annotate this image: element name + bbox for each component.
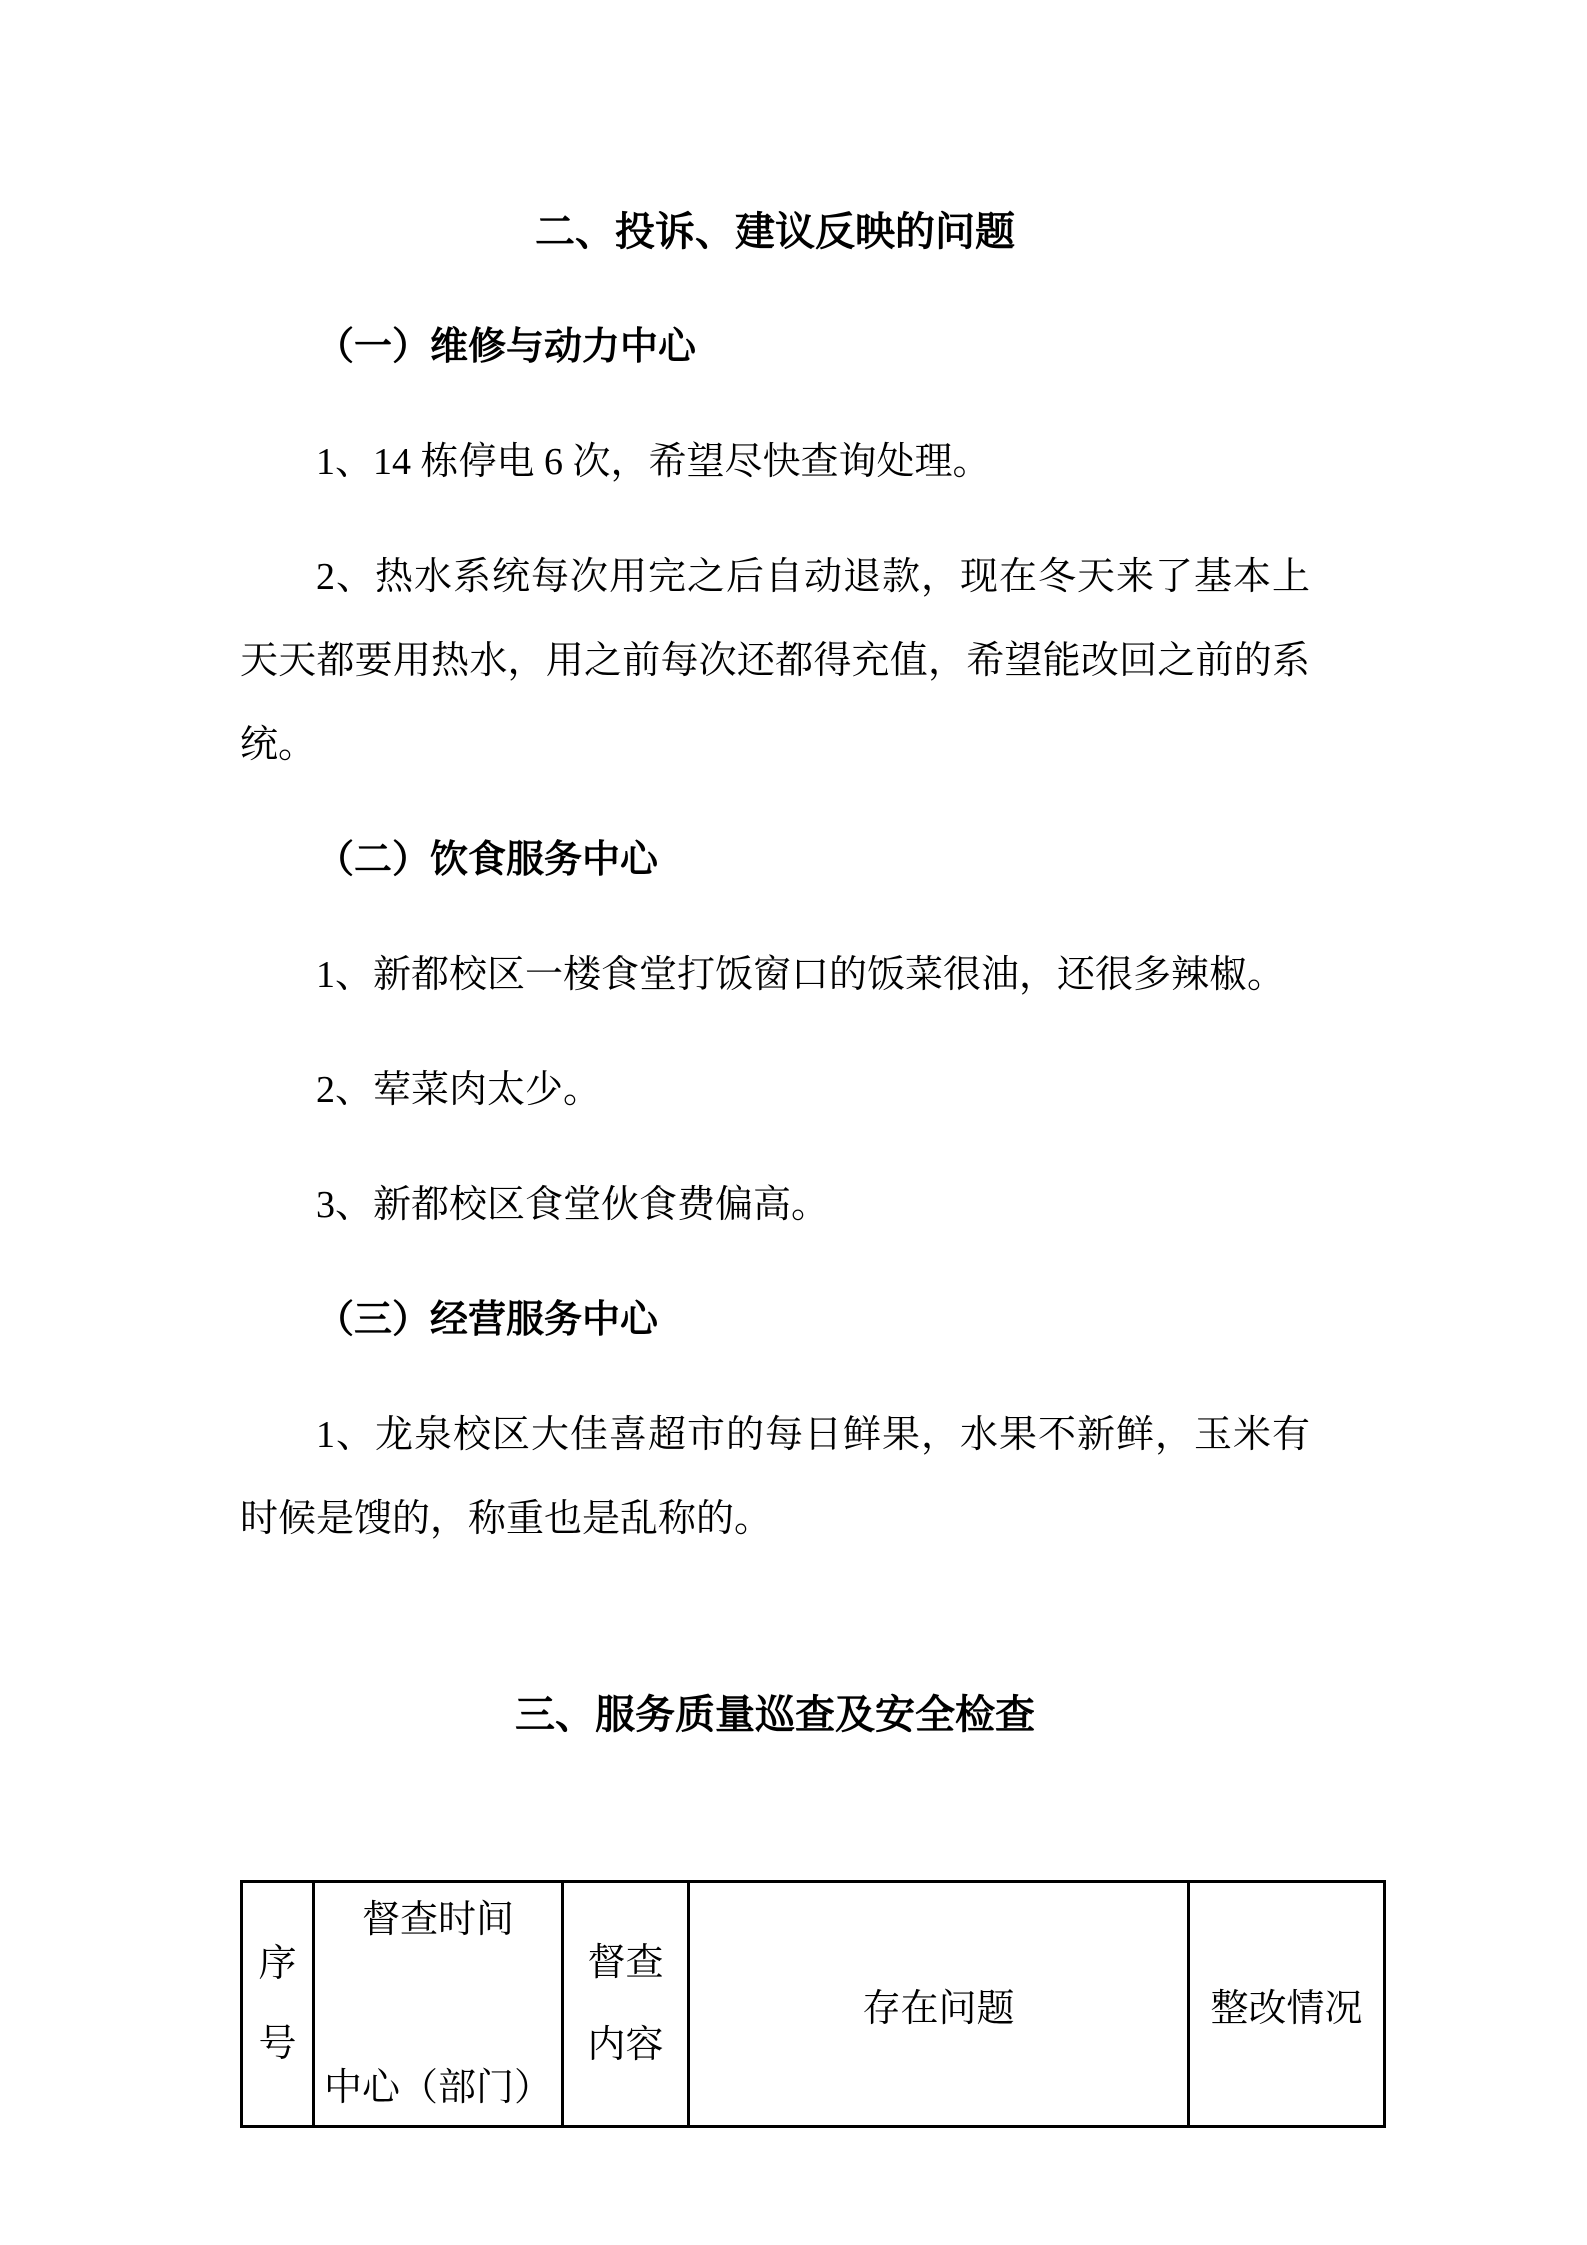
heading-dining-service-center: （二）饮食服务中心 xyxy=(240,818,1310,902)
heading-repair-power-center: （一）维修与动力中心 xyxy=(240,305,1310,389)
inspection-content-stack: 督查 内容 xyxy=(564,1940,687,2068)
center-department-label: 中心（部门） xyxy=(324,2065,552,2111)
serial-number-line-2: 号 xyxy=(258,2021,296,2067)
paragraph-supermarket-fruit: 1、龙泉校区大佳喜超市的每日鲜果，水果不新鲜，玉米有时候是馊的，称重也是乱称的。 xyxy=(240,1393,1310,1561)
document-body: 二、投诉、建议反映的问题 （一）维修与动力中心 1、14 栋停电 6 次，希望尽… xyxy=(240,190,1310,1757)
table-header-serial-number: 序 号 xyxy=(242,1882,314,2127)
document-page: 二、投诉、建议反映的问题 （一）维修与动力中心 1、14 栋停电 6 次，希望尽… xyxy=(0,0,1587,2245)
table-header-rectification-status: 整改情况 xyxy=(1189,1882,1385,2127)
paragraph-power-outage: 1、14 栋停电 6 次，希望尽快查询处理。 xyxy=(240,420,1310,504)
inspection-time-stack: 督查时间 中心（部门） xyxy=(315,1897,561,2111)
inspection-table: 序 号 督查时间 中心（部门） 督查 内容 存在问题 整改情况 xyxy=(240,1880,1386,2128)
serial-number-stack: 序 号 xyxy=(243,1941,312,2067)
table-header-existing-problems: 存在问题 xyxy=(689,1882,1189,2127)
section2-title: 二、投诉、建议反映的问题 xyxy=(240,190,1310,274)
paragraph-canteen-price-high: 3、新都校区食堂伙食费偏高。 xyxy=(240,1163,1310,1247)
inspection-time-label: 督查时间 xyxy=(362,1897,514,1943)
section3-title: 三、服务质量巡查及安全检查 xyxy=(240,1673,1310,1757)
inspection-content-line-1: 督查 xyxy=(587,1940,663,1986)
table-header-inspection-time-center: 督查时间 中心（部门） xyxy=(314,1882,563,2127)
table-header-row: 序 号 督查时间 中心（部门） 督查 内容 存在问题 整改情况 xyxy=(242,1882,1385,2127)
paragraph-meat-too-little: 2、荤菜肉太少。 xyxy=(240,1048,1310,1132)
heading-business-service-center: （三）经营服务中心 xyxy=(240,1278,1310,1362)
paragraph-hot-water-system: 2、热水系统每次用完之后自动退款，现在冬天来了基本上天天都要用热水，用之前每次还… xyxy=(240,535,1310,787)
serial-number-line-1: 序 xyxy=(258,1941,296,1987)
inspection-content-line-2: 内容 xyxy=(587,2022,663,2068)
table-header-inspection-content: 督查 内容 xyxy=(563,1882,689,2127)
paragraph-canteen-oily-food: 1、新都校区一楼食堂打饭窗口的饭菜很油，还很多辣椒。 xyxy=(240,933,1310,1017)
